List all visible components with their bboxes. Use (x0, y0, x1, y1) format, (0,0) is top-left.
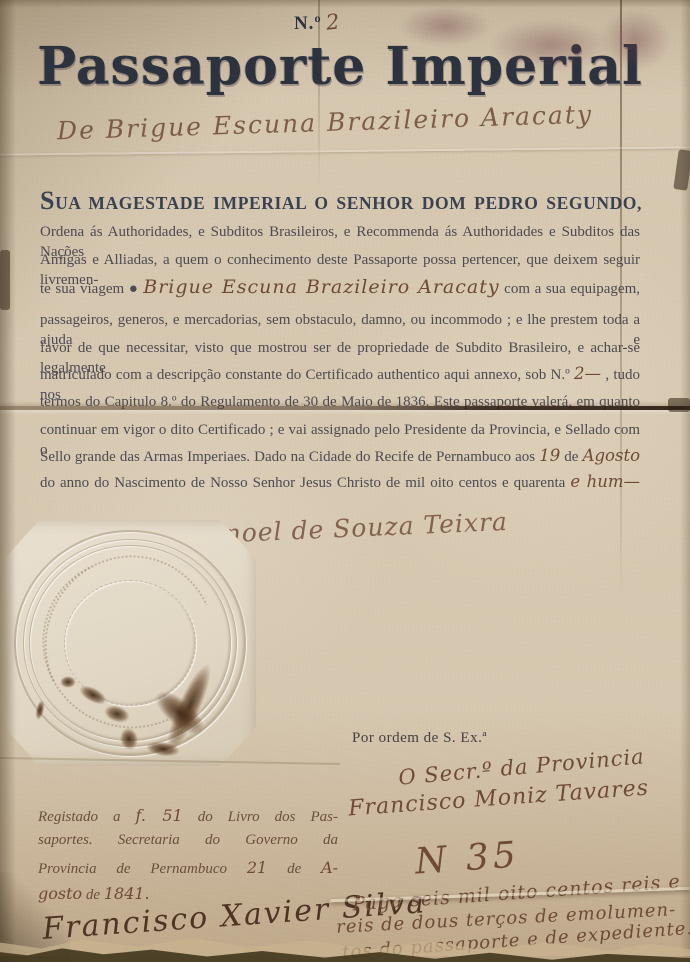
registration-text: do Livro dos Pas- (198, 809, 338, 825)
page-edge-shadow (0, 0, 690, 8)
registration-month-part: A- (321, 858, 338, 877)
month-inline: Agosto (583, 446, 640, 465)
registration-text: saportes. Secretaria do Governo da (38, 832, 338, 848)
royal-heading: SUA MAGESTADE IMPERIAL O SENHOR DOM PEDR… (40, 186, 642, 216)
ink-stain (60, 676, 76, 688)
body-text: de (564, 449, 578, 465)
registration-day: 21 (247, 858, 267, 877)
body-line: te sua viagem ● Brigue Escuna Brazileiro… (40, 277, 640, 299)
registration-text: de (86, 887, 100, 903)
registration-line: Registado a f. 51 do Livro dos Pas- (38, 806, 338, 826)
page-edge-shadow (680, 0, 690, 962)
registration-text: de (287, 861, 301, 877)
vertical-fold-line (620, 0, 622, 600)
day-inline: 19 (539, 446, 560, 465)
body-text: te sua viagem ● (40, 281, 139, 297)
passport-document: N.º 2 Passaporte Imperial De Brigue Escu… (0, 0, 690, 962)
stamp-smudge (600, 10, 670, 70)
body-line: do anno do Nascimento de Nosso Senhor Je… (40, 472, 640, 493)
body-text: do anno do Nascimento de Nosso Senhor Je… (40, 475, 565, 491)
folio-number: f. 51 (136, 806, 183, 825)
vessel-name-inline: Brigue Escuna Brazileiro Aracaty (143, 276, 499, 298)
horizontal-fold-line (0, 406, 690, 410)
paper-crease (0, 146, 690, 155)
stamp-smudge (400, 6, 490, 46)
registration-line: Provincia de Pernambuco 21 de A- (38, 858, 338, 878)
year-inline: e hum— (570, 472, 640, 491)
body-text: matriculado com a descripção constante d… (40, 367, 570, 383)
body-line: Sello grande das Armas Imperiaes. Dado n… (40, 446, 640, 467)
fee-number-flourish: N 35 (414, 834, 521, 882)
registration-line: saportes. Secretaria do Governo da (38, 832, 338, 849)
page-edge-shadow (0, 0, 16, 962)
order-label: Por ordem de S. Ex.ª (352, 730, 487, 747)
secretary-name-signature: Francisco Moniz Tavares (347, 776, 649, 822)
stamp-smudge (490, 20, 610, 70)
passport-number-value: 2 (324, 9, 342, 34)
registration-year: 1841. (104, 884, 150, 903)
registration-text: Registado a (38, 809, 121, 825)
vertical-fold-line (318, 0, 320, 190)
body-text: Sello grande das Armas Imperiaes. Dado n… (40, 449, 535, 465)
vessel-name-line: De Brigue Escuna Brazileiro Aracaty (0, 98, 650, 147)
annex-number-inline: 2— (574, 364, 601, 383)
